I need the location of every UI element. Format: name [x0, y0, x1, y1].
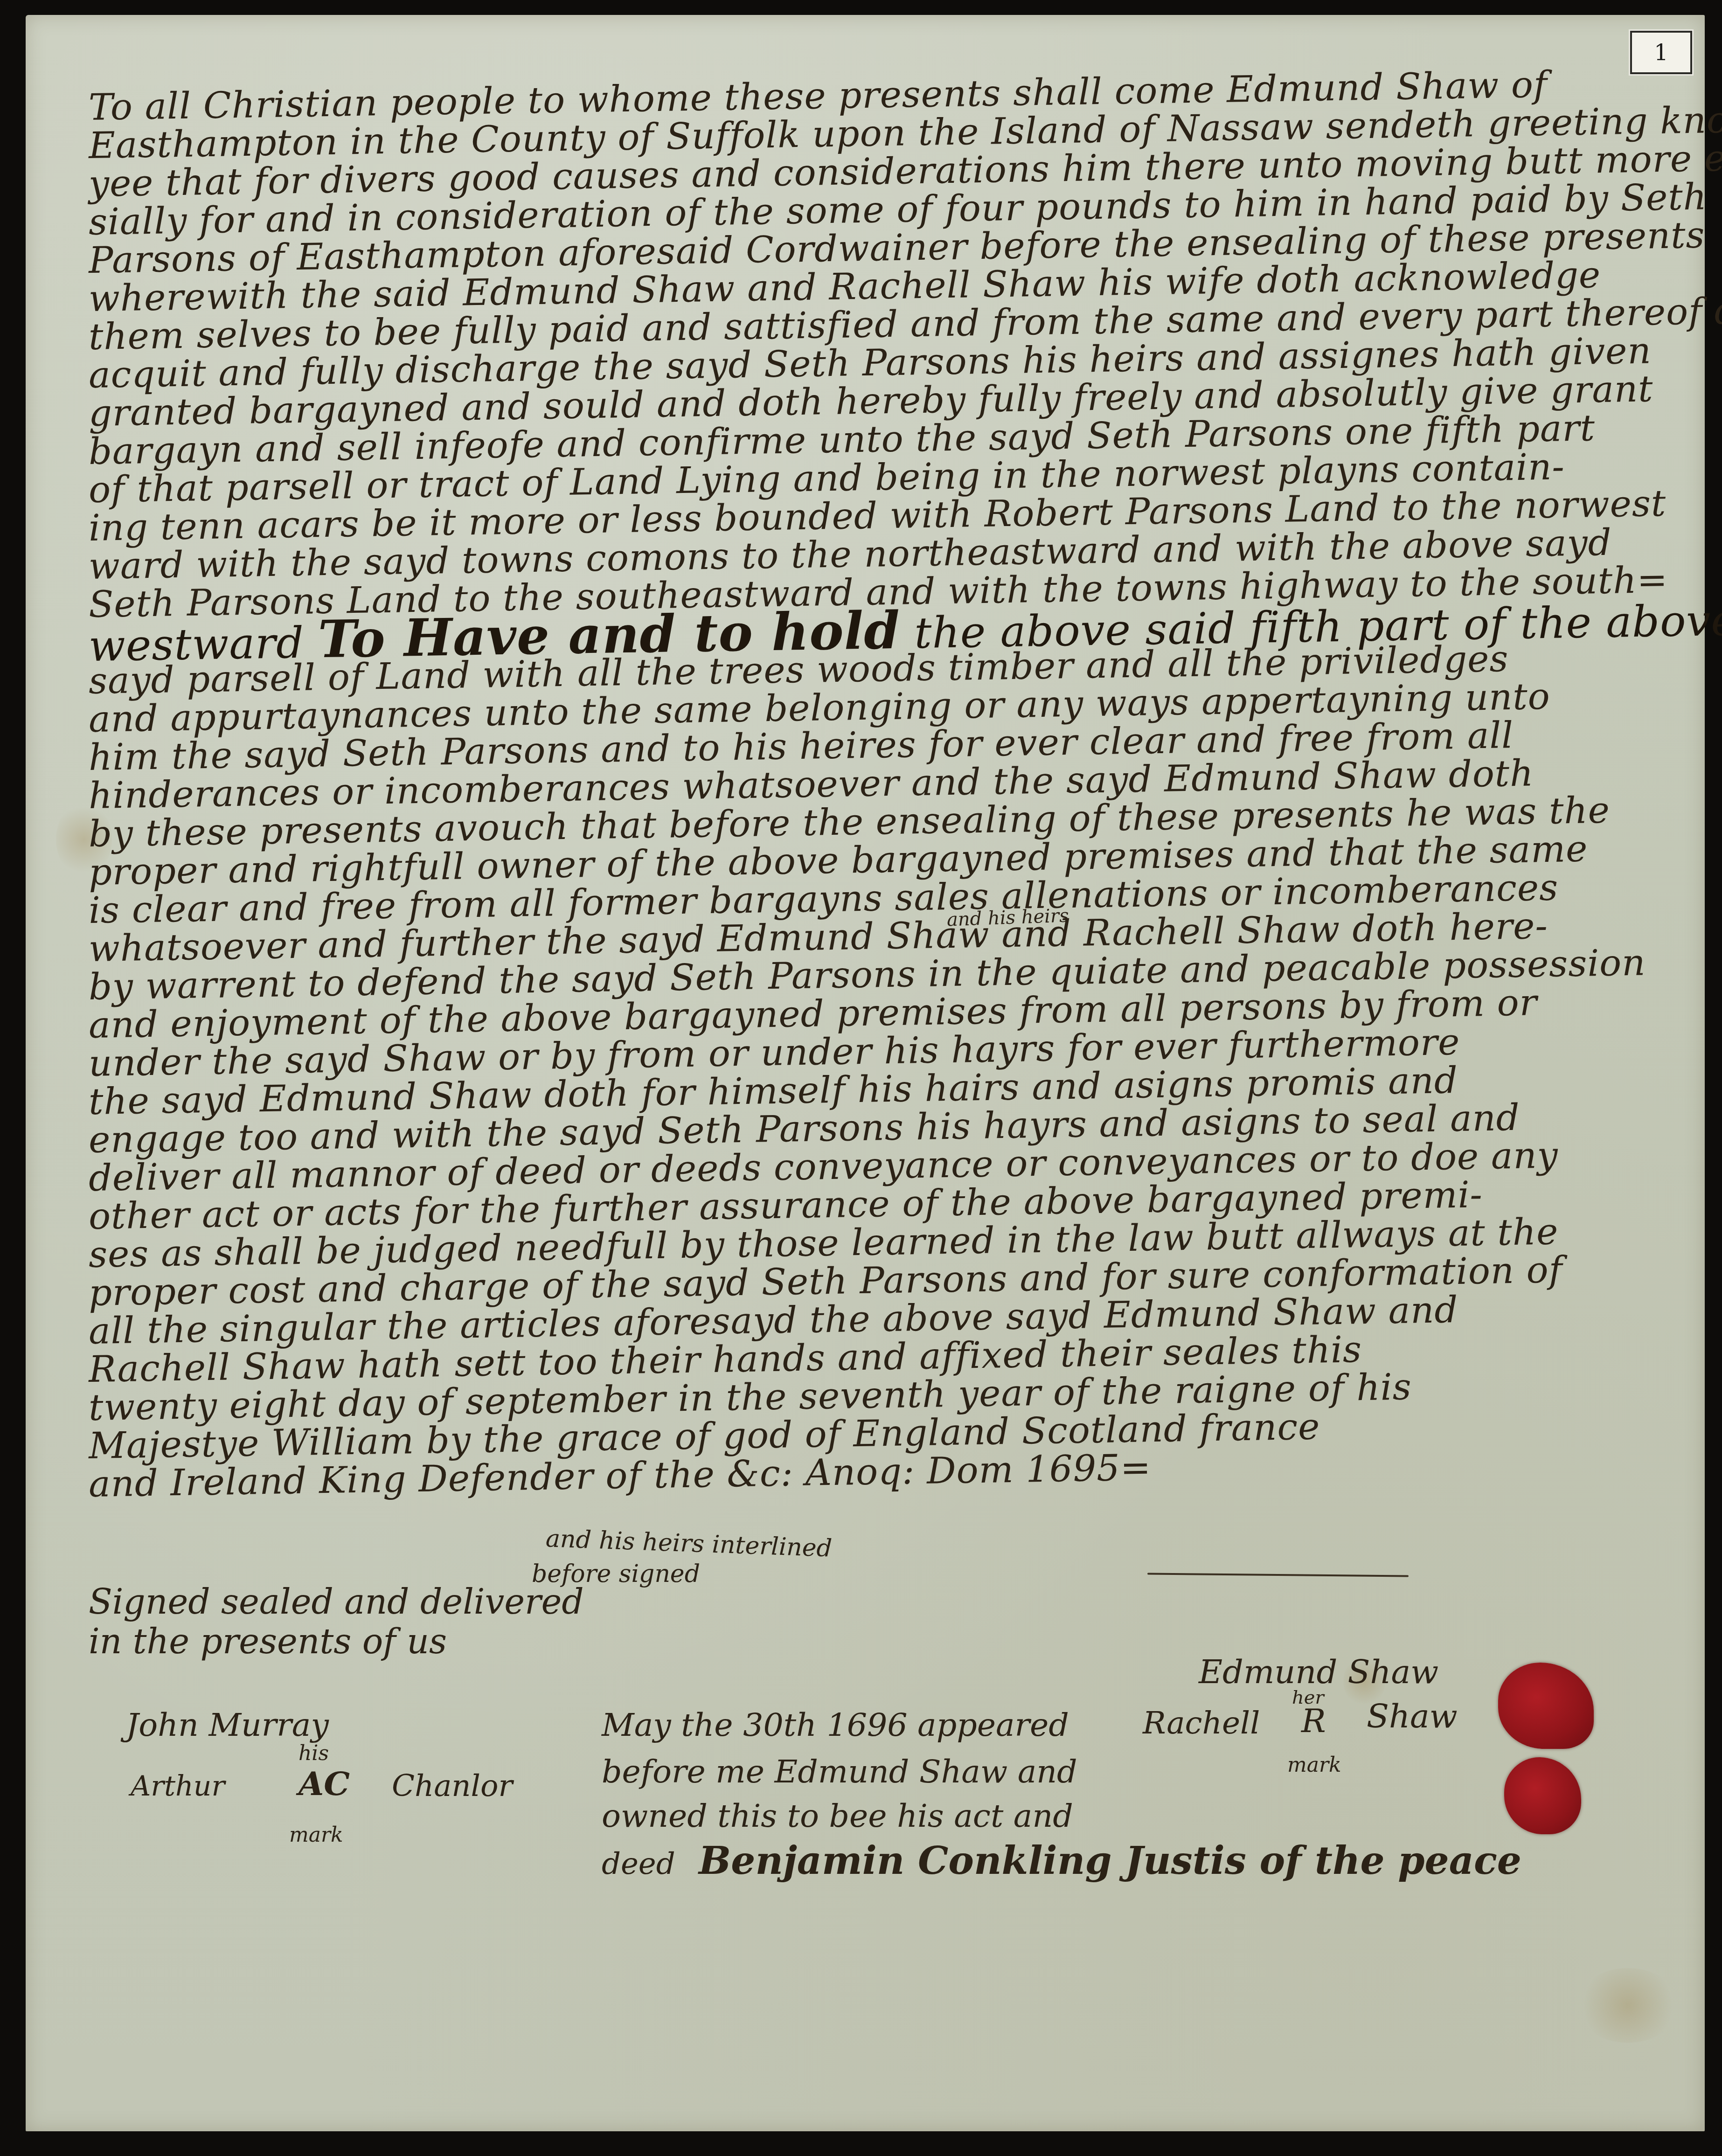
deed-body: To all Christian people to whome these p…: [89, 89, 1702, 1504]
acknowledgement-text: May the 30th 1696 appeared: [602, 1707, 1069, 1744]
grantor-rachell-last: Shaw: [1367, 1698, 1458, 1735]
acknowledgement-deed-word: deed: [602, 1847, 675, 1881]
acknowledgement-line-4: deed Benjamin Conkling Justis of the pea…: [602, 1842, 1521, 1883]
grantor-mark-glyph: R: [1301, 1702, 1326, 1740]
interlineation-and-his-heirs: and his heirs: [946, 905, 1069, 930]
witness-mark-label-bottom: mark: [289, 1816, 343, 1854]
justice-signature: Benjamin Conkling Justis of the peace: [699, 1838, 1521, 1883]
witness-arthur-last: Chanlor: [392, 1768, 513, 1805]
grantor-mark-label-bottom: mark: [1287, 1747, 1341, 1784]
acknowledgement-line-1: May the 30th 1696 appeared: [602, 1707, 1069, 1744]
attestation-line-2: in the presents of us: [89, 1623, 447, 1660]
page-number-text: 1: [1654, 40, 1668, 66]
witness-arthur-first: Arthur: [131, 1768, 225, 1805]
attestation-line-1: Signed sealed and delivered: [89, 1583, 584, 1621]
acknowledgement-line-2: before me Edmund Shaw and: [602, 1754, 1077, 1791]
witness-mark-glyph: AC: [299, 1765, 350, 1802]
grantor-rachell-first: Rachell: [1143, 1705, 1260, 1742]
paper-stain: [1576, 1968, 1679, 2043]
acknowledgement-line-3: owned this to bee his act and: [602, 1798, 1073, 1835]
